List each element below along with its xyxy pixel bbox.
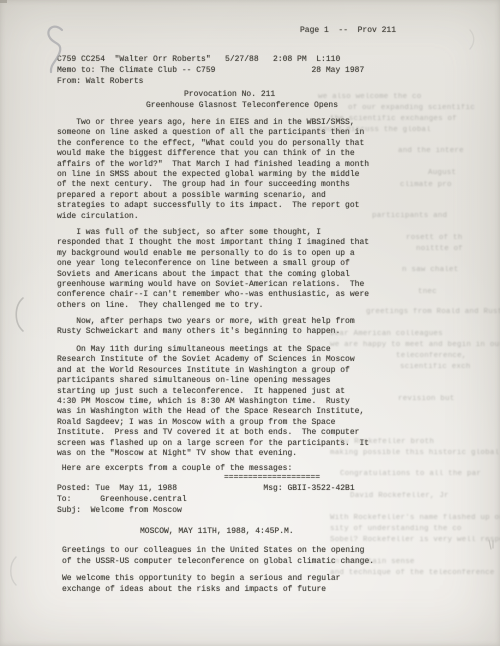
bleedthrough-fragment: of our expanding scientific: [348, 104, 475, 112]
bleedthrough-fragment: greetings from Roald and Rusty: [366, 308, 500, 316]
paragraph-3-line: Rusty Schweickart and many others it's b…: [57, 327, 340, 337]
paragraph-2-line: greenhouse warming would have on Soviet-…: [57, 280, 364, 290]
message-paragraph-1-line: Greetings to our colleagues in the Unite…: [62, 546, 364, 556]
bleedthrough-fragment: Congratulations to all the par: [340, 470, 481, 478]
bleedthrough-fragment: Dear American colleagues: [330, 330, 443, 338]
paragraph-4-line: participants shared simultaneous on-line…: [57, 376, 331, 386]
paragraph-1-line: of the next century. The group had in fo…: [57, 180, 350, 190]
paragraph-1-line: Two or three years ago, here in EIES and…: [57, 118, 355, 128]
bleedthrough-fragment: we also welcome the co: [318, 93, 421, 101]
bleedthrough-fragment: climate pro: [400, 181, 452, 189]
paragraph-4-line: and at the World Resources Institute in …: [57, 366, 350, 376]
bleedthrough-fragment: August: [428, 169, 456, 177]
paragraph-1-line: the conference to the effect, "What coul…: [57, 139, 364, 149]
message-dateline-line: MOSCOW, MAY 11TH, 1988, 4:45P.M.: [140, 527, 294, 537]
paragraph-4-line: screen was flashed up on a large screen …: [57, 439, 369, 449]
paragraph-1-line: on line in SMSS about the expected globa…: [57, 170, 359, 180]
bleedthrough-fragment: n saw chalet: [402, 266, 458, 274]
scan-smudge-top-right: [470, 30, 474, 49]
paragraph-4-line: was on the "Moscow at Night" TV show tha…: [57, 449, 297, 459]
bleedthrough-fragment: teleconference,: [396, 352, 467, 360]
bleedthrough-fragment: and the intere: [398, 147, 464, 155]
paragraph-2-line: others on line. They challenged me to tr…: [57, 301, 263, 311]
paragraph-4-line: Roald Sagdeev; I was in Moscow with a gr…: [57, 418, 335, 428]
bleedthrough-fragment: tnec: [418, 288, 437, 296]
message-paragraph-2-line: We welcome this opportunity to begin a s…: [62, 574, 340, 584]
paragraph-2-line: one year long teleconference on line bet…: [57, 259, 350, 269]
paragraph-4-line: was in Washington with the Head of the S…: [57, 407, 364, 417]
memo-header-line: Memo to: The Climate Club -- C759 28 May…: [57, 66, 364, 76]
scan-edge-speck: [0, 0, 7, 3]
bleedthrough-fragment: we are happy to meet and begin in our in…: [330, 341, 500, 349]
paragraph-1-line: wide circulation.: [57, 212, 139, 222]
memo-header-line: C759 CC254 "Walter Orr Roberts" 5/27/88 …: [57, 55, 340, 65]
bleedthrough-fragment: making possible this historic global dia…: [330, 449, 500, 457]
bleedthrough-fragment: sity of understanding the co: [330, 525, 462, 533]
paragraph-1-line: strategies to adapt successfully to its …: [57, 201, 359, 211]
paragraph-1-line: affairs of the world?" That March I had …: [57, 160, 369, 170]
bleedthrough-fragment: With Rockefeller's name flashed up on th…: [330, 514, 500, 522]
bleedthrough-fragment: noittte of: [416, 245, 463, 253]
bleedthrough-fragment: participants and: [372, 212, 447, 220]
bleedthrough-fragment: in a certain sense: [330, 558, 415, 566]
bleedthrough-fragment: and technique of the teleconference: [330, 569, 495, 577]
paragraph-2-line: responded that I thought the most import…: [57, 238, 369, 248]
bleedthrough-fragment: could discuss the global: [318, 126, 431, 134]
message-header-line: To: Greenhouse.central: [57, 495, 187, 505]
paragraph-4-line: 4:30 PM Moscow time, which is 8:30 AM Wa…: [57, 397, 350, 407]
provocation-subtitle-line: Greenhouse Glasnost Teleconference Opens: [146, 101, 338, 111]
memo-header-line: From: Walt Roberts: [57, 77, 143, 87]
message-paragraph-2-line: exchange of ideas about the risks and im…: [62, 585, 326, 595]
excerpt-separator-line: ====================: [224, 473, 320, 483]
page-label-line: Page 1 -- Prov 211: [300, 26, 396, 36]
provocation-title-line: Provocation No. 211: [184, 90, 275, 100]
bleedthrough-fragment: rosett of th: [406, 234, 462, 242]
bleedthrough-fragment: by Rockefeller broth: [340, 438, 434, 446]
bleedthrough-fragment: scientific exch: [400, 363, 471, 371]
bleedthrough-fragment: the scientific exchanges of: [330, 115, 457, 123]
pencil-paren-mark-lower: [11, 557, 16, 585]
paragraph-1-line: would make the biggest difference that y…: [57, 149, 355, 159]
paragraph-2-line: conference chair--I can't remember who--…: [57, 290, 369, 300]
bleedthrough-fragment: revision but: [398, 395, 454, 403]
paragraph-2-line: Soviets and Americans about the impact t…: [57, 270, 350, 280]
message-header-line: Subj: Welcome from Moscow: [57, 506, 182, 516]
bleedthrough-fragment: David Rockefeller, Jr: [350, 492, 449, 500]
message-header-line: Posted: Tue May 11, 1988 Msg: GBII-3522-…: [57, 484, 355, 494]
paragraph-2-line: my background would enable me personally…: [57, 249, 355, 259]
paragraph-4-line: Research Institute of the Soviet Academy…: [57, 355, 355, 365]
pencil-paren-mark-left: [16, 298, 23, 331]
paragraph-4-line: starting up just such a teleconference. …: [57, 387, 345, 397]
paragraph-4-line: Institute. Press and TV covered it at bo…: [57, 428, 359, 438]
bleedthrough-fragment: Sobel? Rockefeller is very well respecte…: [330, 536, 500, 544]
paragraph-1-line: prepared a report about a possible warmi…: [57, 191, 326, 201]
paragraph-3-line: Now, after perhaps two years or more, wi…: [57, 317, 355, 327]
message-paragraph-1-line: of the USSR-US computer teleconference o…: [62, 557, 374, 567]
paragraph-4-line: On May 11th during simultaneous meetings…: [57, 345, 331, 355]
paragraph-2-line: I was full of the subject, so after some…: [57, 228, 321, 238]
scanned-memo-page: Page 1 -- Prov 211C759 CC254 "Walter Orr…: [0, 0, 500, 646]
